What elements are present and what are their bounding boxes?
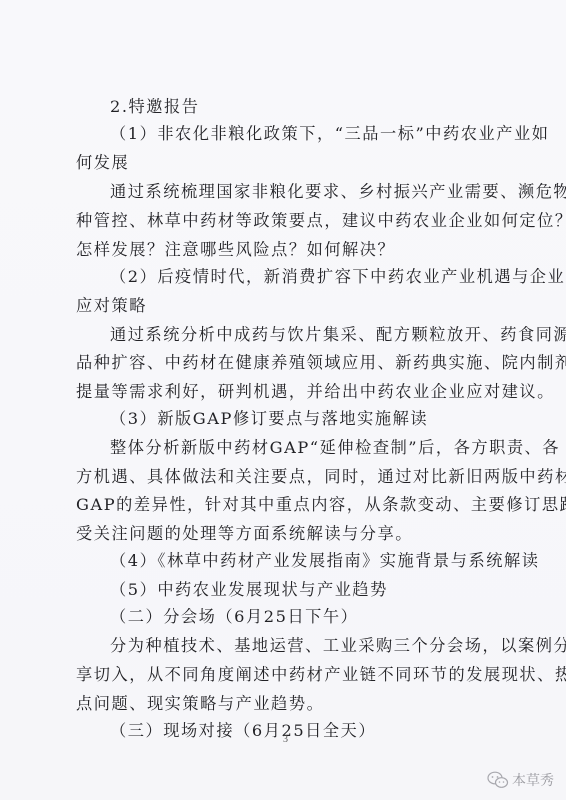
wechat-icon — [487, 771, 509, 789]
watermark-label: 本草秀 — [512, 770, 554, 790]
paragraph-3-line: GAP的差异性，针对其中重点内容，从条款变动、主要修订思路、 — [76, 495, 566, 515]
subheading-1-cont: 何发展 — [76, 153, 129, 173]
subheading-2-cont: 应对策略 — [76, 296, 147, 316]
watermark: 本草秀 — [487, 770, 554, 790]
paragraph-2-line: 提量等需求利好，研判机遇，并给出中药农业企业应对建议。 — [76, 382, 555, 402]
paragraph-4-line: 分为种植技术、基地运营、工业采购三个分会场，以案例分 — [110, 636, 566, 656]
section-breakout-sessions: （二）分会场（6月25日下午） — [110, 607, 358, 627]
subheading-4: （4）《林草中药材产业发展指南》实施背景与系统解读 — [110, 551, 539, 571]
paragraph-1-line: 怎样发展？注意哪些风险点？如何解决？ — [76, 240, 395, 260]
section-onsite-matching: （三）现场对接（6月25日全天） — [110, 721, 376, 741]
paragraph-4-line: 点问题、现实策略与产业趋势。 — [76, 694, 324, 714]
paragraph-3-line: 整体分析新版中药材GAP“延伸检查制”后，各方职责、各 — [110, 438, 560, 458]
paragraph-2-line: 品种扩容、中药材在健康养殖领域应用、新药典实施、院内制剂 — [76, 353, 566, 373]
paragraph-1-line: 种管控、林草中药材等政策要点，建议中药农业企业如何定位？ — [76, 211, 566, 231]
paragraph-4-line: 享切入，从不同角度阐述中药材产业链不同环节的发展现状、热 — [76, 665, 566, 685]
page-number: 3 — [283, 734, 288, 745]
document-page: 2.特邀报告 （1）非农化非粮化政策下，“三品一标”中药农业产业如 何发展 通过… — [0, 0, 566, 800]
paragraph-2-line: 通过系统分析中成药与饮片集采、配方颗粒放开、药食同源 — [110, 325, 566, 345]
paragraph-1-line: 通过系统梳理国家非粮化要求、乡村振兴产业需要、濒危物 — [110, 182, 566, 202]
subheading-3: （3）新版GAP修订要点与落地实施解读 — [110, 409, 428, 429]
paragraph-3-line: 受关注问题的处理等方面系统解读与分享。 — [76, 524, 413, 544]
paragraph-3-line: 方机遇、具体做法和关注要点，同时，通过对比新旧两版中药材 — [76, 467, 566, 487]
subheading-5: （5）中药农业发展现状与产业趋势 — [110, 580, 388, 600]
subheading-2: （2）后疫情时代，新消费扩容下中药农业产业机遇与企业 — [110, 267, 565, 287]
section-heading: 2.特邀报告 — [110, 97, 200, 117]
subheading-1: （1）非农化非粮化政策下，“三品一标”中药农业产业如 — [110, 124, 549, 144]
